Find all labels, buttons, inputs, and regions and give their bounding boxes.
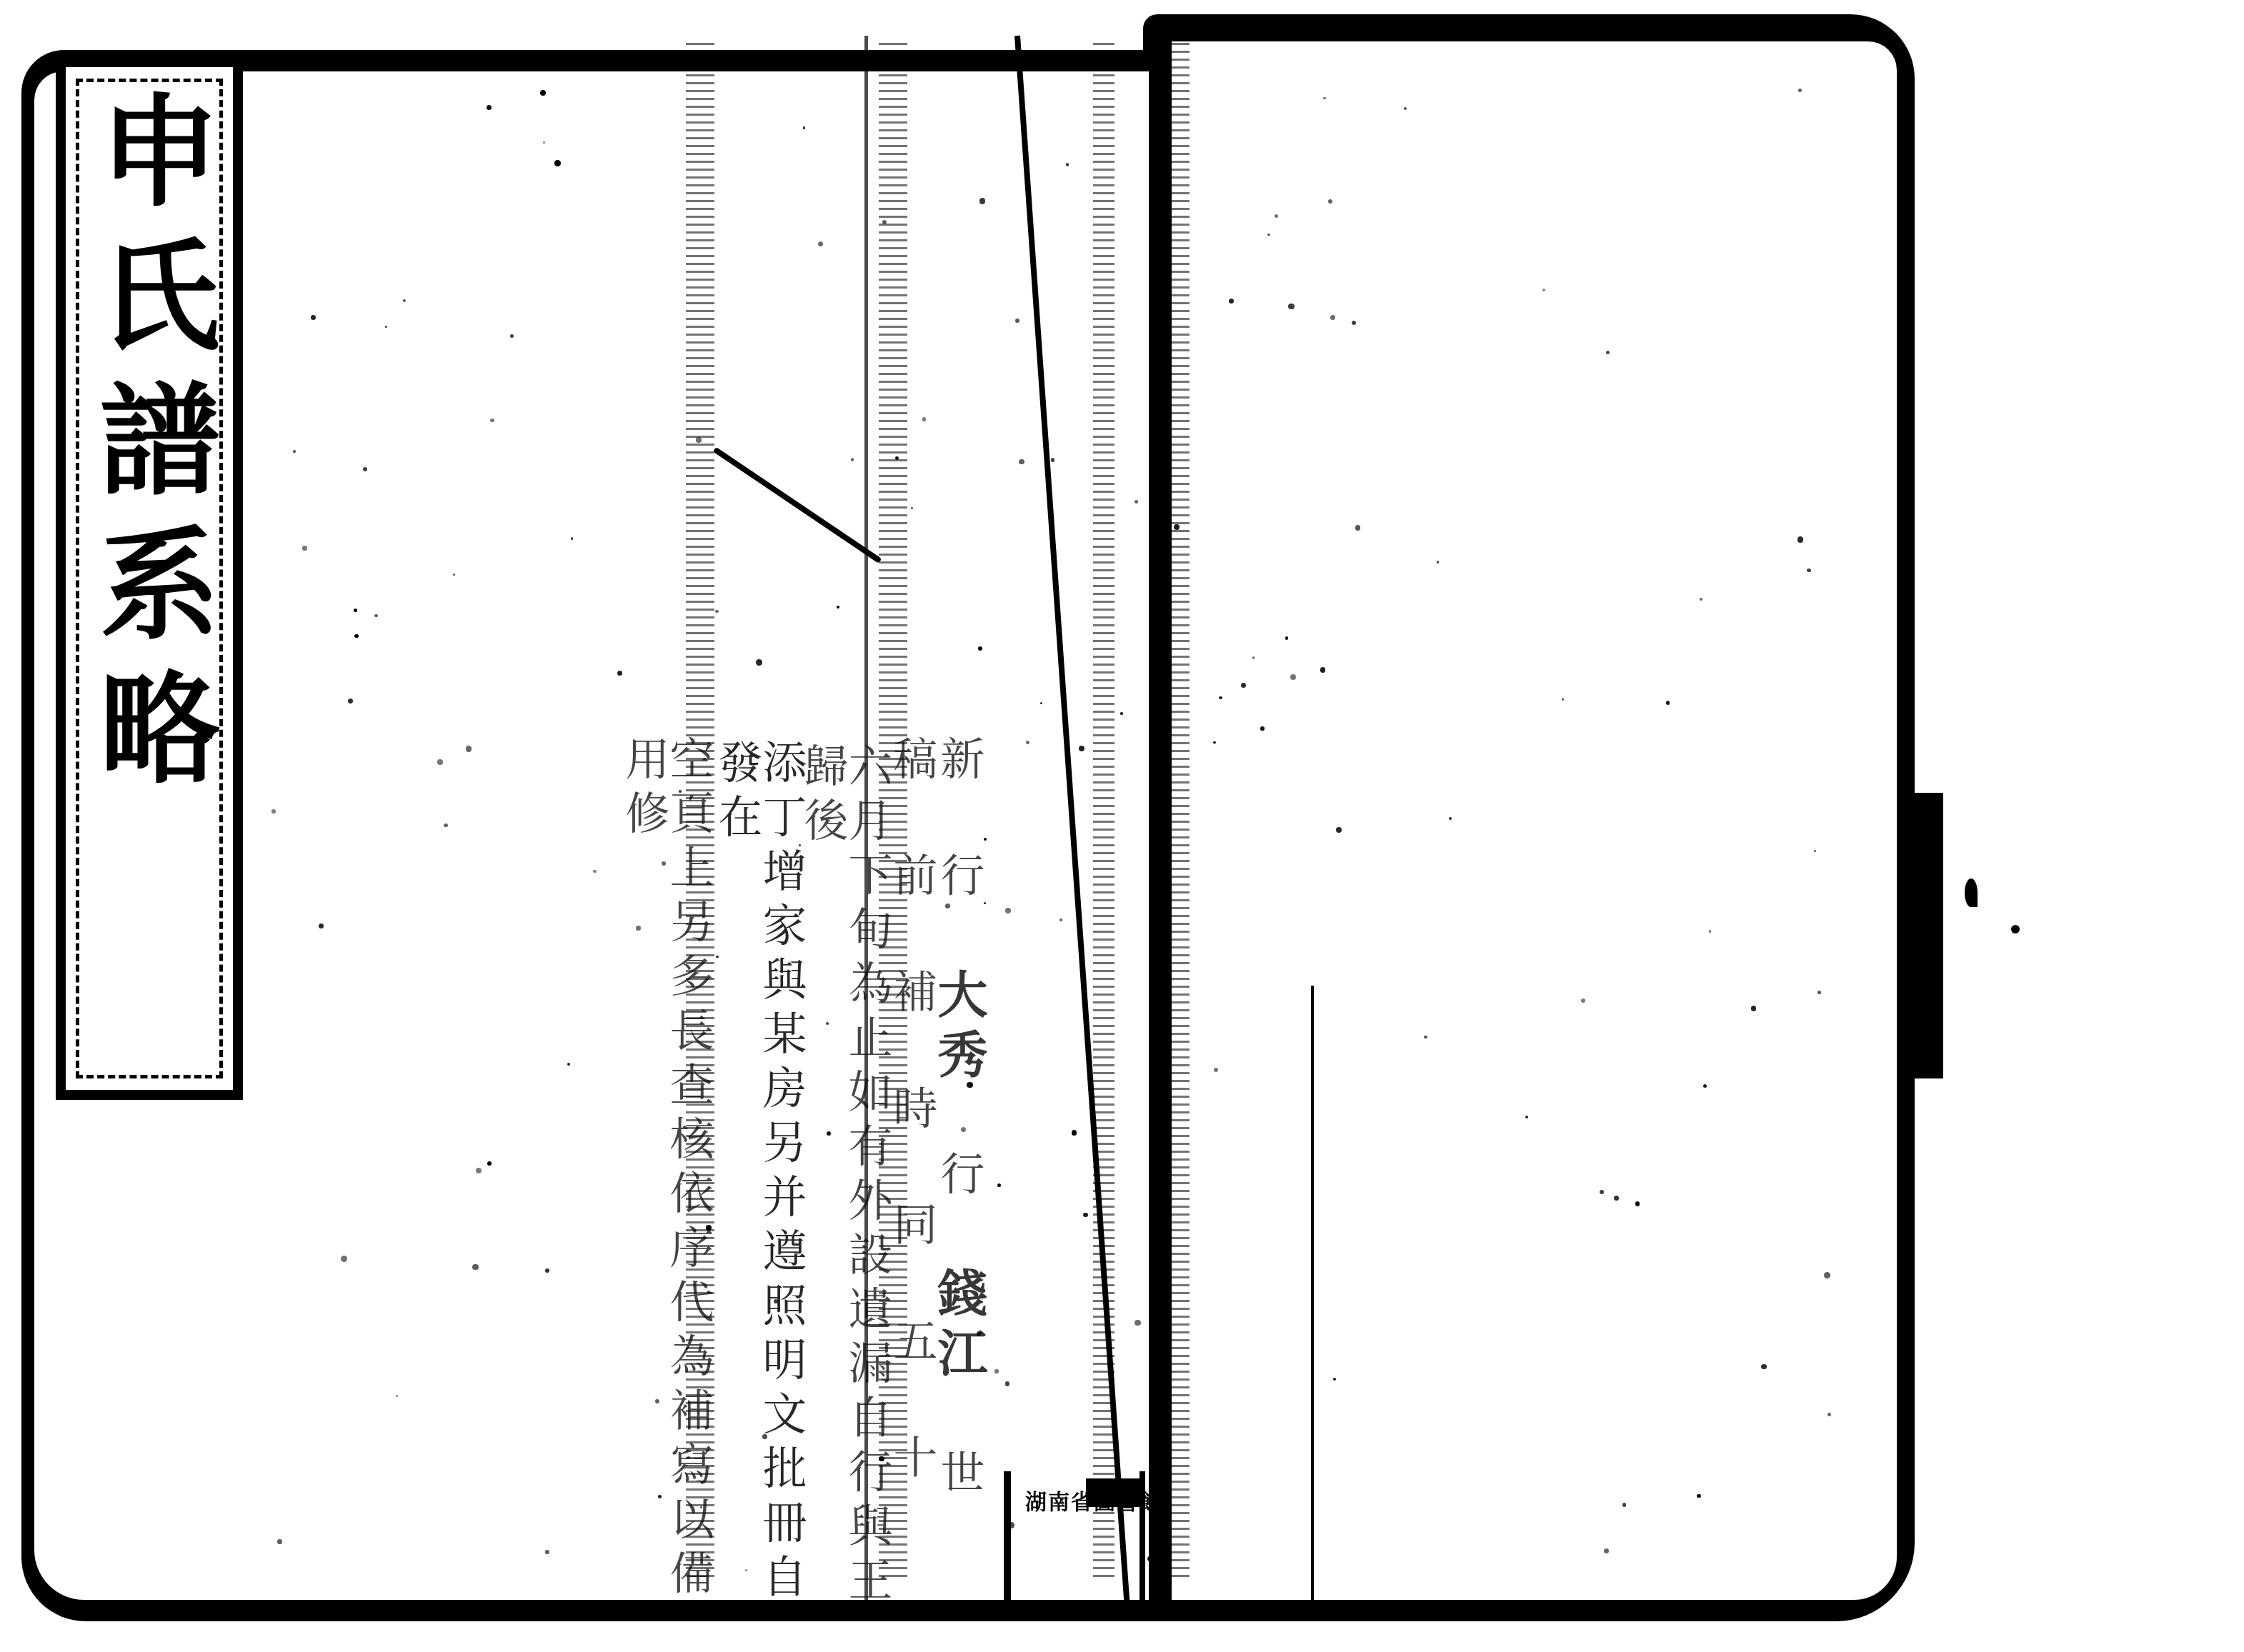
scan-speck	[803, 126, 805, 129]
scan-speck	[977, 1331, 981, 1336]
scan-speck	[1163, 121, 1167, 125]
book-title: 申氏譜系略	[89, 89, 210, 810]
scan-speck	[851, 458, 854, 461]
scan-speck	[293, 450, 296, 453]
scan-speck	[994, 1369, 999, 1373]
scan-speck	[1320, 667, 1326, 673]
scan-speck	[1797, 536, 1803, 542]
scan-speck	[1635, 1201, 1640, 1206]
scan-speck	[1542, 289, 1545, 291]
scan-speck	[1040, 702, 1042, 704]
stamp-ink-blot	[1086, 1478, 1143, 1507]
scan-speck	[1288, 304, 1294, 309]
slip-column-1-text: 新 行 大秀 行 錢江 世 稿 前 補 時 同 五 十	[886, 736, 985, 1503]
scan-speck	[277, 1539, 282, 1544]
scan-speck	[1581, 998, 1585, 1003]
scan-speck	[354, 609, 357, 612]
scan-speck	[655, 1399, 659, 1403]
scan-speck	[403, 299, 406, 302]
scan-speck	[1079, 746, 1084, 751]
scan-speck	[554, 160, 561, 166]
slip-column-3: 添丁增家與某房另并遵照明文批冊自發在	[714, 739, 803, 1611]
scan-speck	[1051, 458, 1054, 461]
scan-speck	[1600, 1190, 1604, 1194]
scan-speck	[1666, 701, 1670, 704]
right-page-rule-line	[1311, 986, 1314, 1600]
scan-speck	[745, 1569, 747, 1571]
scan-speck	[510, 334, 514, 338]
scan-speck	[799, 844, 801, 846]
scan-speck	[1751, 1006, 1757, 1011]
scan-speck	[1285, 636, 1289, 640]
scan-speck	[1424, 1036, 1427, 1039]
scan-speck	[1019, 459, 1024, 465]
scan-speck	[1697, 1494, 1700, 1498]
scan-speck	[374, 614, 377, 617]
scan-speck	[1700, 598, 1702, 601]
slip-column-2: 六月下旬為止如有外設遺漏自行與王歸後	[800, 743, 889, 1614]
scan-speck	[341, 1256, 347, 1262]
scan-speck	[984, 838, 986, 840]
scan-speck	[979, 198, 986, 204]
scan-speck	[756, 659, 762, 665]
scan-speck	[490, 419, 494, 423]
scan-speck	[1323, 97, 1325, 99]
scan-speck	[978, 646, 982, 651]
scan-speck	[1135, 1320, 1140, 1326]
scan-speck	[437, 759, 443, 765]
scan-speck	[348, 699, 353, 704]
scan-speck	[1213, 741, 1216, 744]
scan-speck	[997, 1183, 1001, 1187]
scan-speck	[879, 1456, 884, 1462]
scan-speck	[679, 790, 682, 793]
scan-speck	[1072, 1130, 1077, 1136]
scan-speck	[818, 241, 823, 246]
scan-speck	[658, 1495, 661, 1498]
title-cartouche: 申氏譜系略	[56, 57, 243, 1100]
scan-speck	[696, 437, 701, 442]
scan-speck	[1709, 930, 1712, 933]
scan-speck	[466, 746, 472, 752]
scan-speck	[1008, 1522, 1014, 1528]
scan-speck	[1083, 1213, 1087, 1217]
scan-speck	[1120, 1487, 1123, 1490]
slip-column-2-text: 六月下旬為止如有外設遺漏自行與王歸後	[797, 743, 893, 1611]
scan-speck	[363, 467, 367, 471]
slip-column-4: 空頁上另多長查核依序代為補寫以備用修	[622, 736, 710, 1614]
scan-speck	[716, 956, 719, 958]
library-stamp: 湖南省圖書館	[1004, 1471, 1145, 1600]
slip-column-4-text: 空頁上另多長查核依序代為補寫以備用修	[618, 736, 714, 1604]
scan-speck	[1267, 234, 1270, 236]
scan-speck	[774, 1299, 778, 1303]
scan-speck	[1219, 696, 1222, 700]
scan-speck	[945, 903, 950, 908]
slip-column-3-text: 添丁增家與某房另并遵照明文批冊自發在	[711, 739, 807, 1608]
scan-speck	[444, 824, 448, 828]
scan-speck	[1166, 928, 1169, 931]
slip-column-1: 新 行 大秀 行 錢江 世 稿 前 補 時 同 五 十	[889, 736, 984, 1614]
scan-speck	[1622, 1503, 1626, 1506]
scan-speck	[1015, 319, 1019, 323]
gutter-shadow-far	[1172, 43, 1190, 1578]
scan-speck	[1703, 1084, 1707, 1088]
edge-ink-dot	[2011, 925, 2020, 933]
scan-speck	[617, 671, 622, 676]
scan-speck	[1761, 1364, 1766, 1369]
scan-speck	[762, 1434, 767, 1439]
edge-ink-mark	[1965, 878, 1978, 907]
scan-speck	[1151, 576, 1154, 579]
scan-speck	[1336, 827, 1342, 833]
scan-speck	[1120, 712, 1123, 715]
scan-speck	[1437, 561, 1439, 563]
scan-speck	[302, 546, 307, 551]
scan-speck	[545, 1550, 549, 1554]
scan-speck	[1817, 991, 1821, 994]
scan-speck	[922, 417, 926, 421]
scan-speck	[1005, 1381, 1010, 1386]
scan-speck	[1824, 1272, 1830, 1278]
scan-speck	[472, 1264, 478, 1270]
scan-speck	[826, 1022, 829, 1025]
scan-speck	[1827, 1413, 1830, 1416]
scan-speck	[1066, 163, 1069, 166]
scan-speck	[545, 1268, 549, 1273]
scan-speck	[636, 926, 641, 931]
book-cover-notch	[1900, 793, 1943, 1078]
scan-speck	[837, 606, 839, 608]
right-page	[1172, 41, 1897, 1600]
